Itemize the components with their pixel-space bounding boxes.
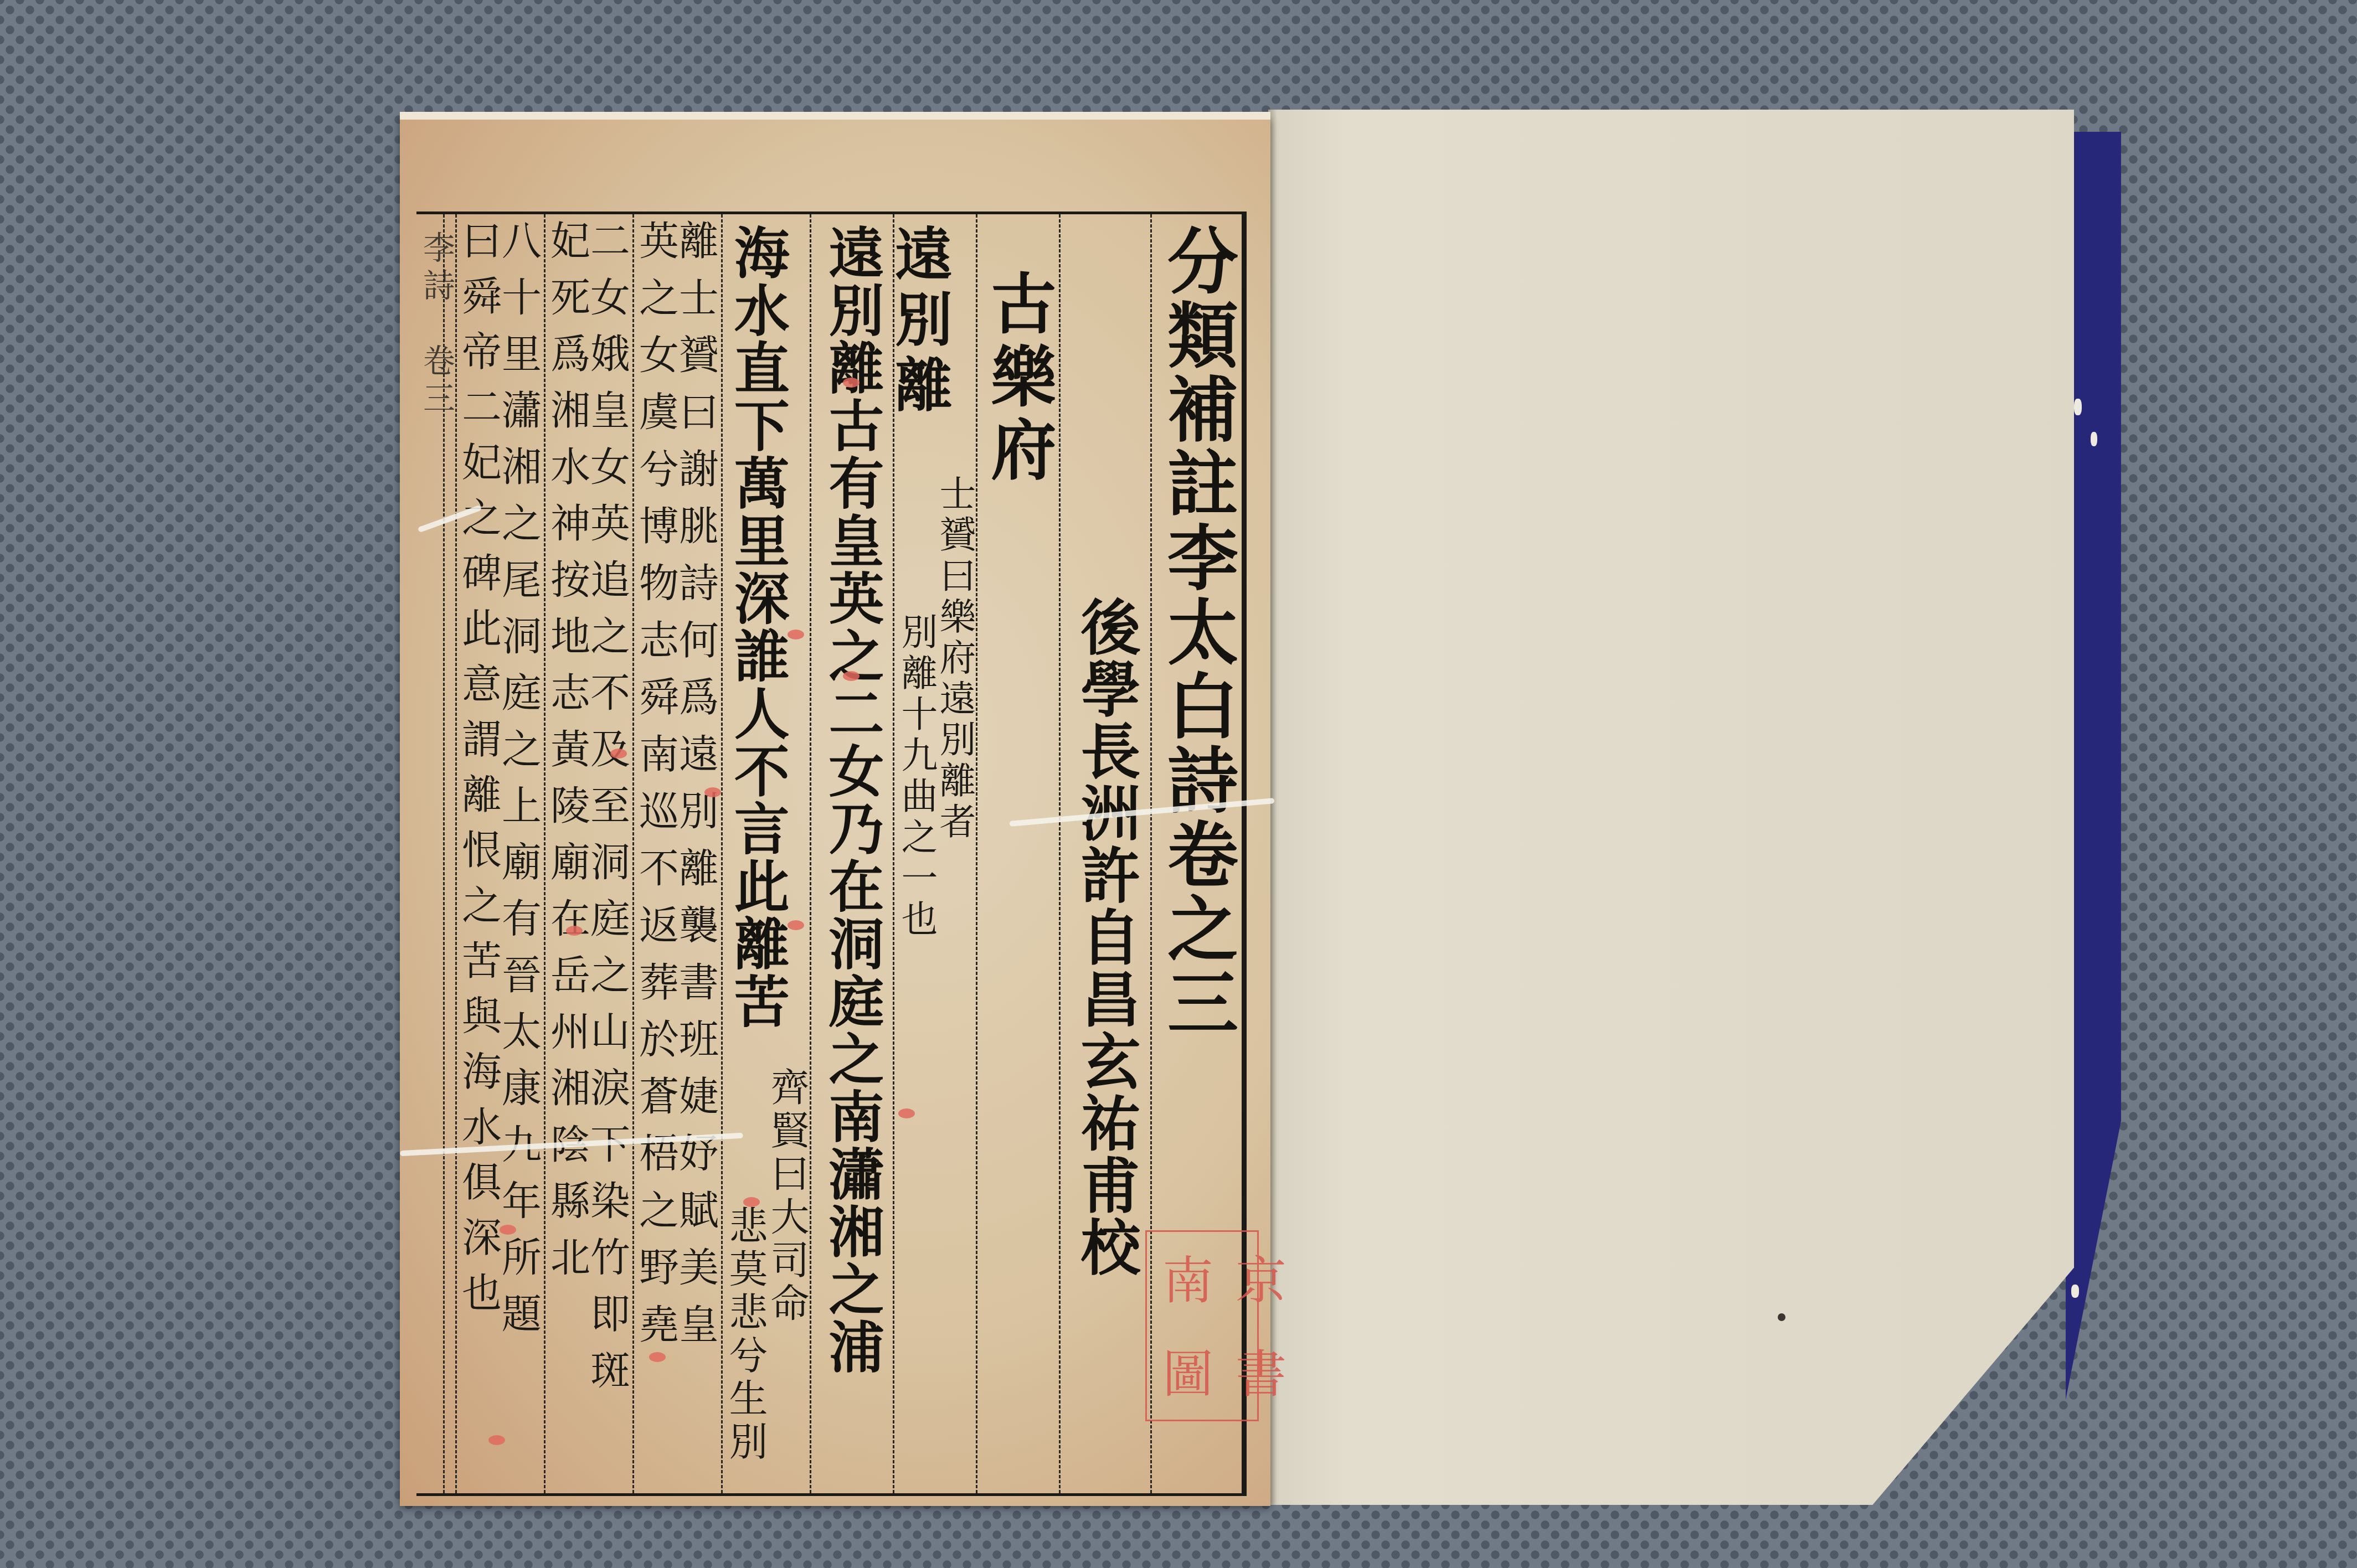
seal-char: 書 [1220, 1347, 1293, 1398]
commentary-left-line: 曰舜帝二妃之碑此意謂離恨之苦與海水俱深也 [459, 220, 498, 1349]
red-punctuation-dot [610, 749, 627, 759]
annotation-right-line: 齊賢曰大司命 [768, 1067, 806, 1326]
print-frame: 李詩 卷三 分類補註李太白詩卷之三 後學長洲許自昌玄祐甫校 古樂府 遠別離 士贇… [416, 212, 1247, 1496]
verse-annotation-2: 悲莫悲兮生別 [726, 1205, 765, 1464]
commentary-left-line: 英之女虞兮博物志舜南巡不返葬於蒼梧之野堯 [636, 220, 676, 1360]
paper-spot [1778, 1313, 1785, 1321]
indigo-book-cover [2066, 132, 2121, 1400]
cover-wear-mark [2071, 1285, 2079, 1298]
commentary: 離士贇曰謝朓詩何爲遠別離襲書班婕妤賦美皇 英之女虞兮博物志舜南巡不返葬於蒼梧之野… [636, 220, 716, 1360]
poem-title-annotation: 士贇曰樂府遠別離者 [936, 474, 972, 843]
commentary: 八十里瀟湘之尾洞庭之上廟有晉太康九年所題 曰舜帝二妃之碑此意謂離恨之苦與海水俱深… [459, 220, 538, 1349]
cover-wear-mark [2091, 432, 2097, 446]
seal-char: 圖 [1147, 1347, 1220, 1398]
red-punctuation-dot [500, 1225, 516, 1235]
red-punctuation-dot [704, 787, 721, 797]
commentary: 二女娥皇女英追之不及至洞庭之山淚下染竹即斑 妃死爲湘水神按地志黃陵廟在岳州湘陰縣… [547, 220, 627, 1406]
volume-title: 分類補註李太白詩卷之三 [1161, 224, 1232, 1040]
editor-credit: 後學長洲許自昌玄祐甫校 [1075, 596, 1135, 1278]
text-columns: 分類補註李太白詩卷之三 後學長洲許自昌玄祐甫校 古樂府 遠別離 士贇曰樂府遠別離… [455, 214, 1242, 1493]
red-collector-seal: 南 京 圖 書 [1145, 1230, 1259, 1421]
poem-title: 遠別離 [890, 224, 948, 420]
poem-title-annotation-2: 別離十九曲之一也 [898, 613, 934, 941]
printed-left-page: 李詩 卷三 分類補註李太白詩卷之三 後學長洲許自昌玄祐甫校 古樂府 遠別離 士贇… [400, 117, 1270, 1506]
cover-wear-mark [2074, 399, 2082, 415]
annotation-right-line: 士贇曰樂府遠別離者 [936, 474, 972, 843]
red-punctuation-dot [488, 1435, 505, 1445]
column-commentary-1: 離士贇曰謝朓詩何爲遠別離襲書班婕妤賦美皇 英之女虞兮博物志舜南巡不返葬於蒼梧之野… [632, 214, 721, 1493]
verse-line: 海水直下萬里深誰人不言此離苦 [730, 224, 785, 1030]
column-verse-1: 遠別離古有皇英之二女乃在洞庭之南瀟湘之浦 [810, 214, 893, 1493]
red-punctuation-dot [566, 926, 583, 936]
red-punctuation-dot [788, 630, 804, 639]
commentary-right-line: 二女娥皇女英追之不及至洞庭之山淚下染竹即斑 [587, 220, 627, 1406]
seal-char: 南 [1147, 1254, 1220, 1304]
annotation-left-line: 別離十九曲之一也 [898, 613, 934, 941]
blank-right-page [1268, 110, 2074, 1505]
seal-char: 京 [1220, 1254, 1293, 1304]
column-poem-title: 遠別離 士贇曰樂府遠別離者 別離十九曲之一也 [893, 214, 976, 1493]
section-heading: 古樂府 [986, 270, 1051, 489]
verse-annotation: 齊賢曰大司命 [768, 1067, 806, 1326]
column-commentary-3: 八十里瀟湘之尾洞庭之上廟有晉太康九年所題 曰舜帝二妃之碑此意謂離恨之苦與海水俱深… [455, 214, 544, 1493]
column-commentary-2: 二女娥皇女英追之不及至洞庭之山淚下染竹即斑 妃死爲湘水神按地志黃陵廟在岳州湘陰縣… [544, 214, 632, 1493]
verse-line: 遠別離古有皇英之二女乃在洞庭之南瀟湘之浦 [825, 224, 880, 1376]
red-punctuation-dot [649, 1352, 666, 1362]
commentary-left-line: 妃死爲湘水神按地志黃陵廟在岳州湘陰縣北 [547, 220, 587, 1406]
column-verse-2: 海水直下萬里深誰人不言此離苦 齊賢曰大司命 悲莫悲兮生別 [721, 214, 810, 1493]
red-punctuation-dot [788, 920, 804, 930]
annotation-left-line: 悲莫悲兮生別 [726, 1205, 765, 1464]
fold-strip-text: 李詩 卷三 [413, 231, 460, 419]
page-top-edge [400, 112, 1270, 120]
red-punctuation-dot [843, 671, 860, 681]
column-section: 古樂府 [976, 214, 1059, 1493]
fold-strip-banxin: 李詩 卷三 [416, 214, 445, 1493]
red-punctuation-dot [898, 1108, 915, 1118]
column-editor: 後學長洲許自昌玄祐甫校 [1059, 214, 1150, 1493]
red-punctuation-dot [743, 1197, 760, 1207]
commentary-right-line: 八十里瀟湘之尾洞庭之上廟有晉太康九年所題 [498, 220, 538, 1349]
red-punctuation-dot [843, 378, 860, 388]
